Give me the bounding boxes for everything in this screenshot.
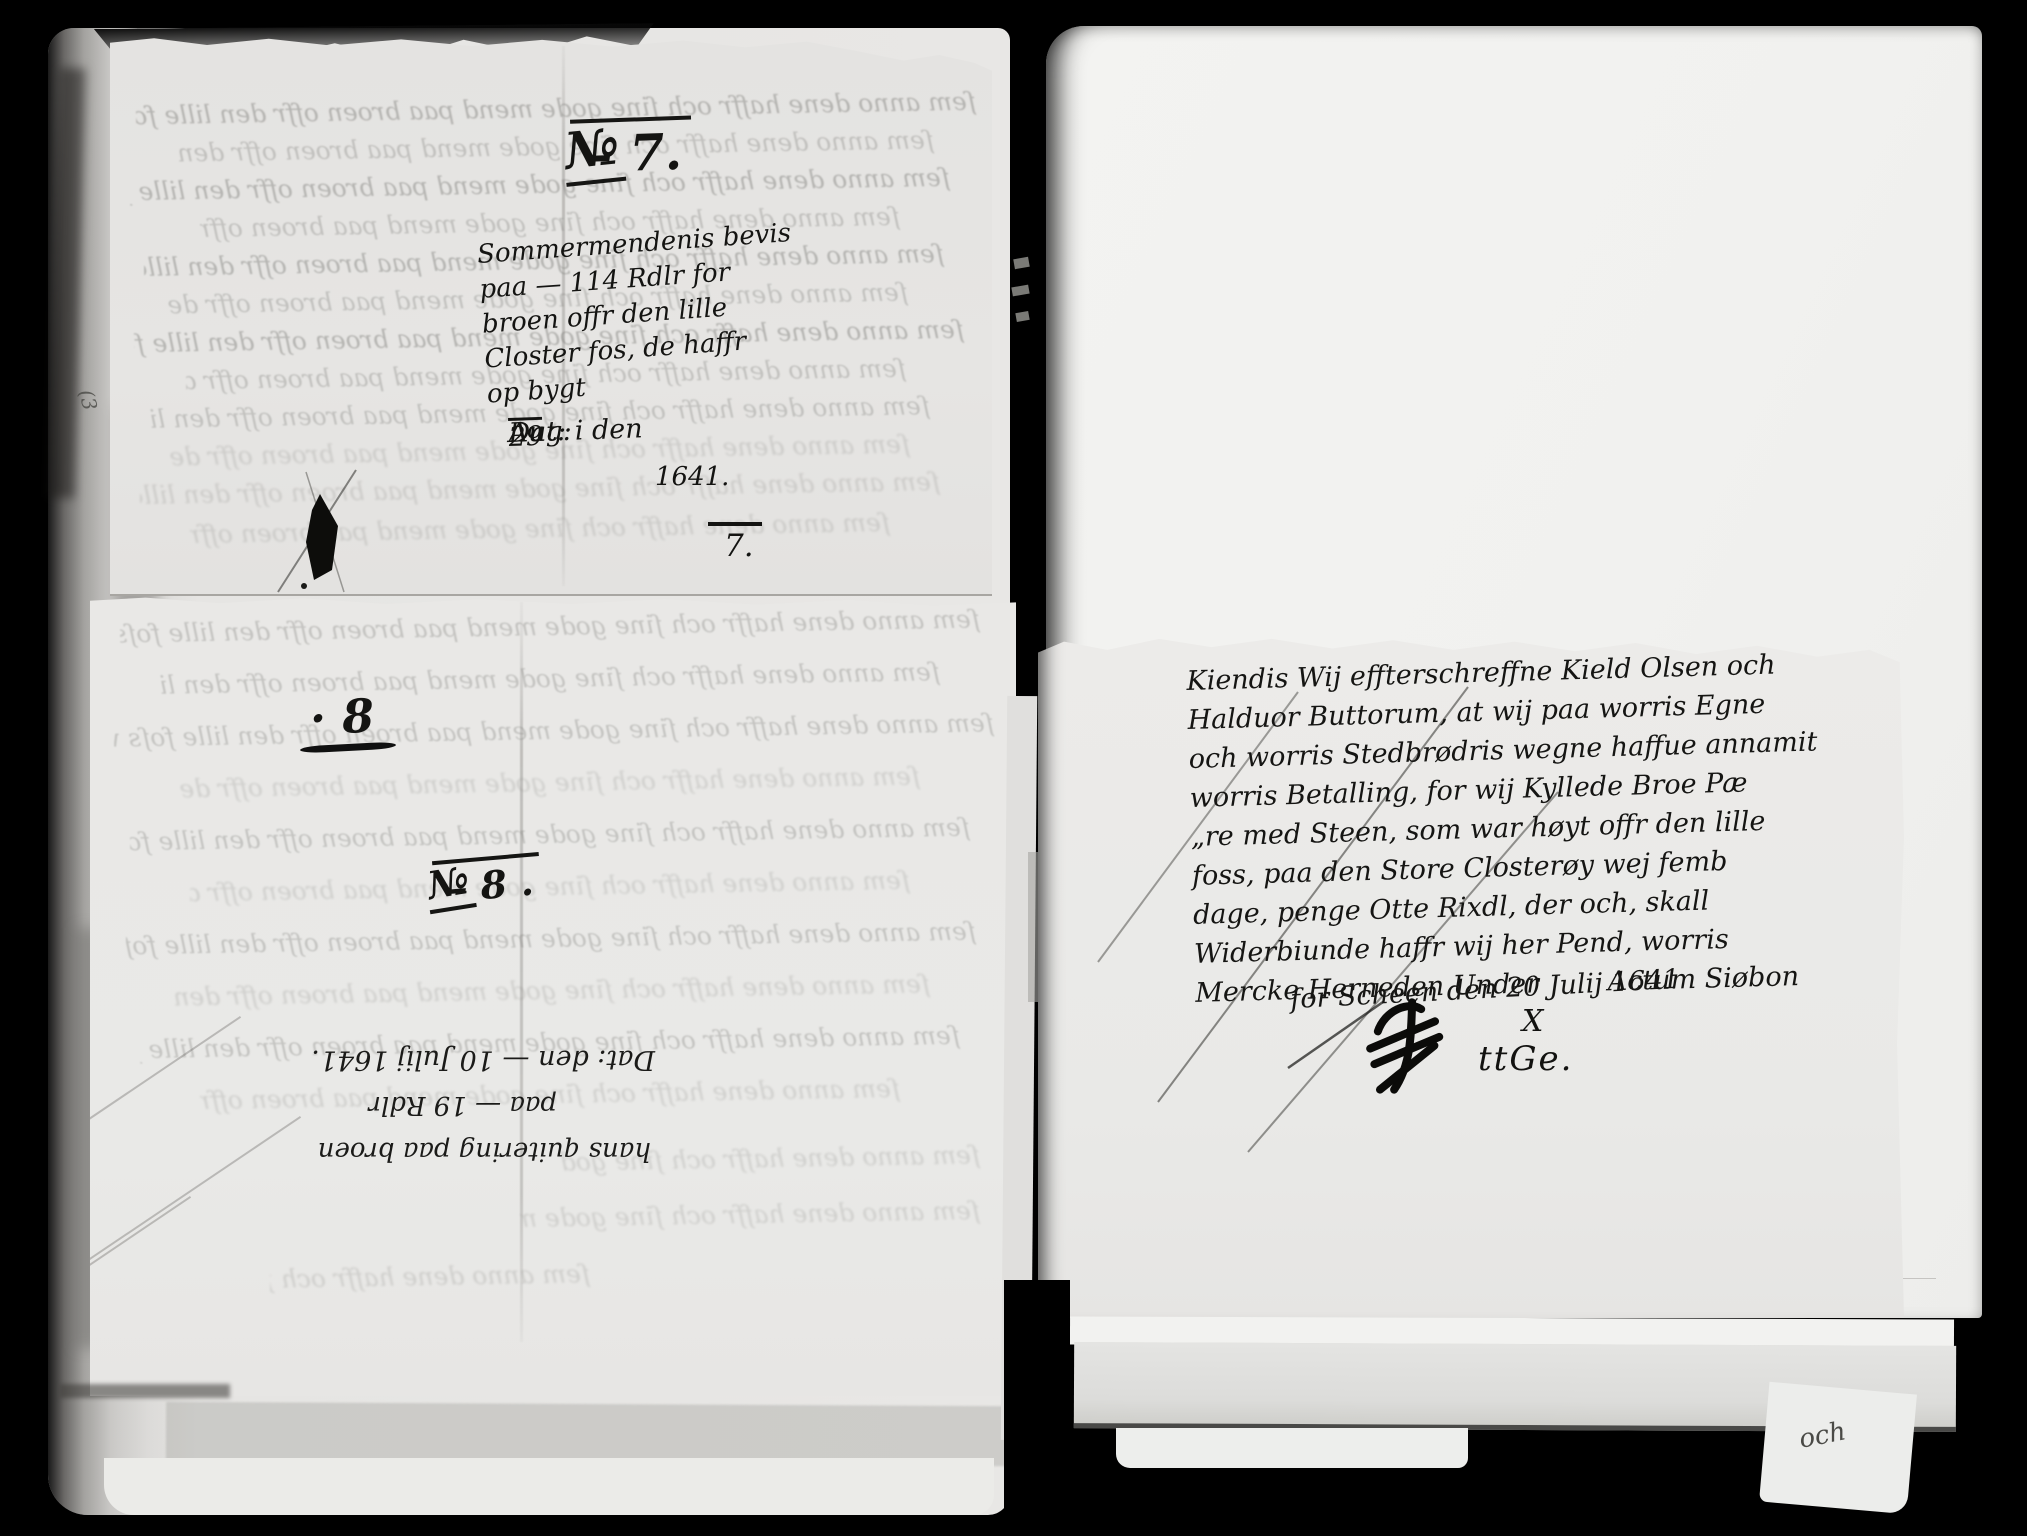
bleedthrough-line: ſem anno dene haffr och ſine gode mend p… — [520, 1196, 980, 1233]
doc8-corner-number: · 8 — [309, 688, 376, 745]
doc8-inverted-note: hans quitering paa broen paa — 19 Rdlr D… — [295, 994, 655, 1174]
binding-stitch — [1015, 311, 1029, 322]
bleedthrough-line: ſem anno dene haffr och ſine gode mend p… — [174, 125, 934, 167]
bleedthrough-line: ſem anno dene haffr och ſine gode mend p… — [136, 87, 976, 131]
dateline-month: Aug: — [508, 416, 572, 449]
edge-smudge — [60, 1384, 230, 1398]
bleedthrough-line: ſem anno dene haffr och ſine gode mend p… — [160, 657, 940, 700]
signature-bumerke — [1354, 992, 1452, 1097]
inverted-line: paa — 19 Rdlr — [295, 1082, 557, 1128]
signature-mark-initials: X ttGe. — [1478, 1004, 1573, 1079]
document-no8: ſem anno dene haffr och ſine gode mend p… — [90, 596, 1016, 1396]
doc7-note: Sommermendenis bevis paa — 114 Rdlr for … — [476, 216, 802, 413]
bleedthrough-line: ſem anno dene haffr och ſine gode mend p… — [130, 813, 970, 857]
fold-scratch — [0, 1196, 191, 1365]
binding-stitch — [1011, 285, 1029, 297]
bleedthrough-line: ſem anno dene haffr och ſine gode mend p… — [126, 917, 976, 961]
peeking-sheet-corner: och — [1759, 1382, 1917, 1514]
folio-number-text: 7. — [708, 522, 762, 564]
paper-crease — [520, 602, 523, 1342]
inverted-line: hans quitering paa broen — [295, 1128, 651, 1174]
bleedthrough-line: ſem anno dene haffr och ſine gode mend p… — [120, 604, 980, 648]
signature-initials: ttGe. — [1478, 1039, 1573, 1079]
peeking-text: och — [1797, 1416, 1849, 1454]
bleedthrough-line: ſem anno dene haffr och ſine gode mend p… — [114, 708, 994, 752]
archive-scan: (3 ſem anno dene haffr och ſine gode men… — [0, 0, 2027, 1536]
gap-shadow — [1004, 1280, 1070, 1536]
binding-stitch — [1013, 257, 1030, 269]
paper-edge-band — [166, 1402, 1012, 1466]
doc7-number: – 7. — [570, 116, 693, 185]
signature-x: X — [1522, 1004, 1573, 1039]
receipt-body: Kiendis Wij effterschreffne Kield Olsen … — [1186, 642, 1912, 1013]
binding-thread — [1028, 852, 1038, 1002]
bleedthrough-line: ſem anno dene haffr och ſine gode mend p… — [190, 866, 910, 908]
document-receipt: Kiendis Wij effterschreffne Kield Olsen … — [1038, 632, 1904, 1318]
left-paper-stack: (3 ſem anno dene haffr och ſine gode men… — [48, 28, 1010, 1515]
bleedthrough-line: ſem anno dene haffr och ſine gode mend p… — [270, 1259, 590, 1294]
doc8-number: – 8 . — [432, 852, 543, 912]
doc7-year: 1641. — [655, 462, 729, 492]
bleedthrough-line: ſem anno dene haffr och ſine gode mend p… — [180, 762, 920, 804]
inverted-line: Dat: den — 10 Julij 1641. — [295, 1036, 655, 1082]
ink-blot — [260, 466, 400, 596]
paper-edge-band — [1116, 1428, 1468, 1468]
document-no7: ſem anno dene haffr och ſine gode mend p… — [110, 36, 992, 596]
bleedthrough-line: ſem anno dene haffr och ſine gode mend p… — [130, 163, 950, 206]
bottom-sheet-edge — [104, 1458, 994, 1515]
